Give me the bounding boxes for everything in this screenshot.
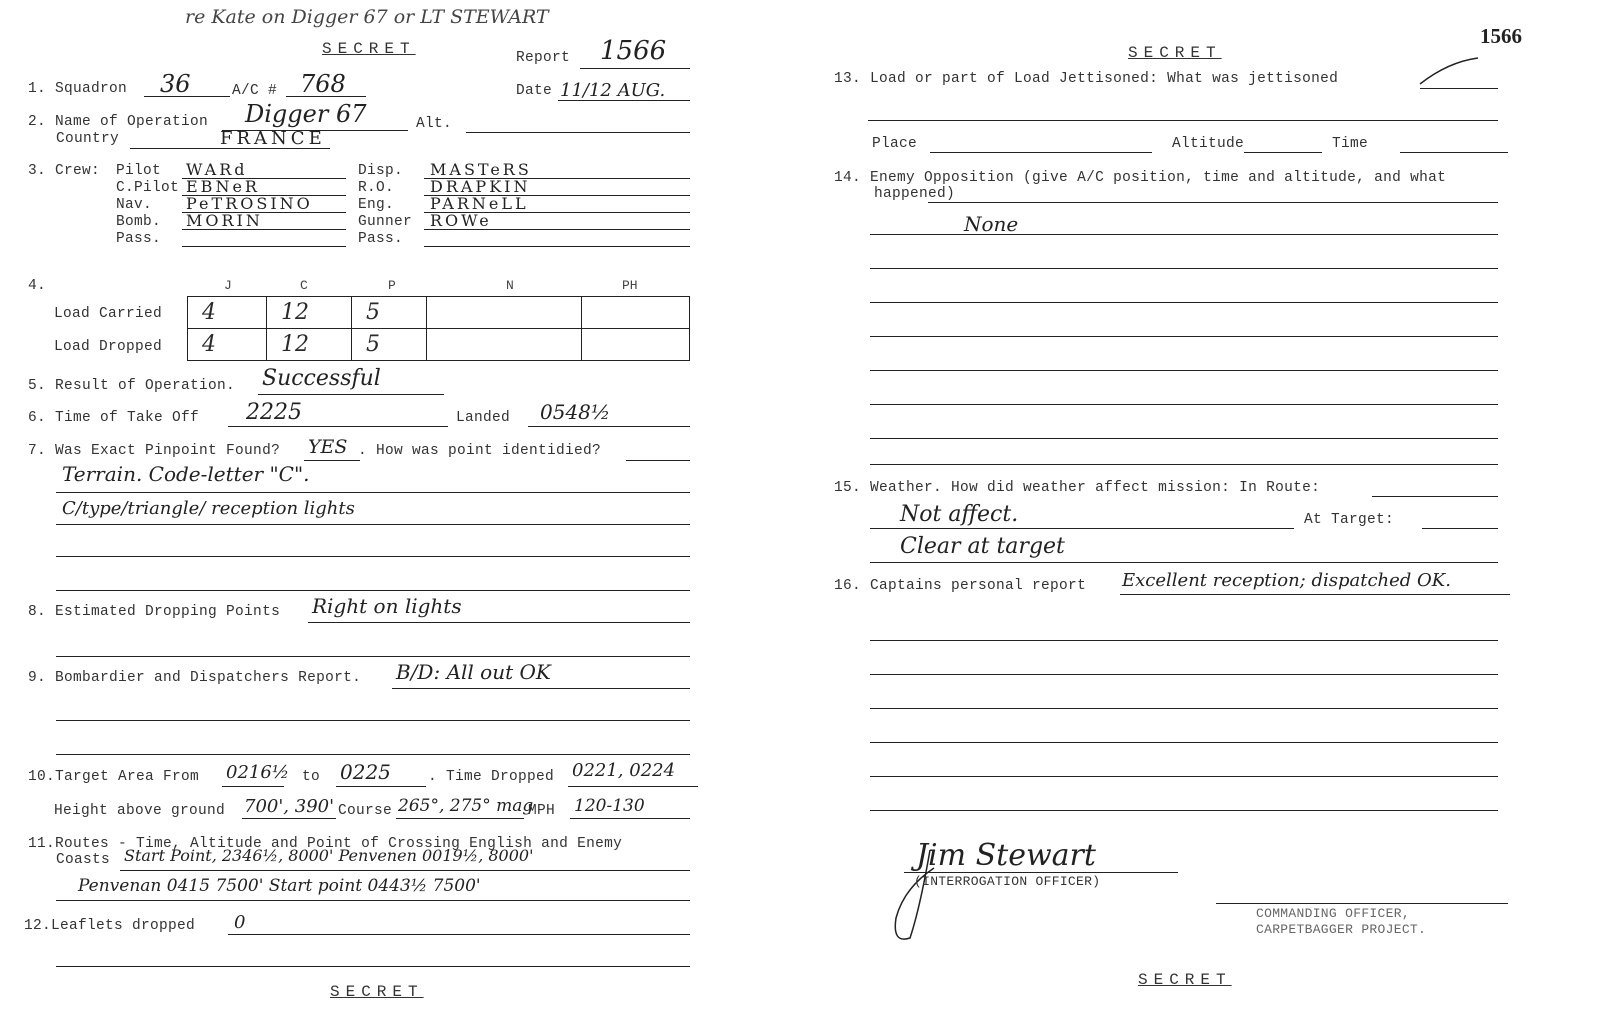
q6-label: 6. Time of Take Off — [28, 410, 199, 426]
captains-report-value: Excellent reception; dispatched OK. — [1122, 570, 1451, 591]
time-label: Time — [1332, 136, 1368, 152]
operation-value: Digger 67 — [245, 100, 367, 128]
load-carried-label: Load Carried — [54, 306, 162, 322]
report-label: Report — [516, 50, 570, 66]
q12-label: 12.Leaflets dropped — [24, 918, 195, 934]
handwritten-annotation: re Kate on Digger 67 or LT STEWART — [185, 6, 549, 28]
at-target-label: At Target: — [1304, 512, 1394, 528]
routes-line-2: Penvenan 0415 7500' Start point 0443½ 75… — [78, 876, 481, 896]
secret-footer: SECRET — [330, 983, 424, 1001]
target-to-value: 0225 — [340, 760, 391, 784]
identified-line-1: Terrain. Code-letter "C". — [62, 462, 310, 486]
pinpoint-found-value: YES — [308, 436, 347, 458]
load-column-header: N — [506, 278, 514, 293]
date-value: 11/12 AUG. — [560, 80, 665, 101]
q8-label: 8. Estimated Dropping Points — [28, 604, 280, 620]
q15-label: 15. Weather. How did weather affect miss… — [834, 480, 1320, 496]
secret-footer: SECRET — [1138, 971, 1232, 989]
crew-role-label: R.O. — [358, 180, 394, 196]
secret-header: SECRET — [1128, 44, 1222, 62]
q11-label-coasts: Coasts — [56, 852, 110, 868]
load-column-header: PH — [622, 278, 638, 293]
crew-role-label: C.Pilot — [116, 180, 179, 196]
crew-role-label: Pilot — [116, 163, 161, 179]
carpetbagger-project-label: CARPETBAGGER PROJECT. — [1256, 922, 1426, 937]
mph-value: 120-130 — [574, 796, 645, 816]
signature: Jim Stewart — [916, 838, 1096, 873]
place-label: Place — [872, 136, 917, 152]
time-dropped-label: . Time Dropped — [428, 769, 554, 785]
q1-label: 1. Squadron — [28, 81, 127, 97]
crew-name: MORIN — [186, 211, 263, 230]
how-identified-label: . How was point identidied? — [358, 443, 601, 459]
q9-label: 9. Bombardier and Dispatchers Report. — [28, 670, 361, 686]
altitude-label: Altitude — [1172, 136, 1244, 152]
q2-label: 2. Name of Operation — [28, 114, 208, 130]
leaflets-value: 0 — [234, 912, 245, 933]
identified-line-2: C/type/triangle/ reception lights — [62, 498, 355, 519]
course-value: 265°, 275° mag — [398, 796, 533, 816]
dispatchers-report-value: B/D: All out OK — [396, 660, 551, 684]
q7-label: 7. Was Exact Pinpoint Found? — [28, 443, 280, 459]
alt-label: Alt. — [416, 116, 452, 132]
ac-label: A/C # — [232, 83, 277, 99]
q10-label: 10.Target Area From — [28, 769, 199, 785]
q14-label: 14. Enemy Opposition (give A/C position,… — [834, 170, 1446, 186]
load-dropped-label: Load Dropped — [54, 339, 162, 355]
q4-label: 4. — [28, 278, 46, 294]
q3-label: 3. Crew: — [28, 163, 100, 179]
report-page-2: 1566 SECRET 13. Load or part of Load Jet… — [820, 0, 1600, 1026]
squadron-value: 36 — [160, 70, 191, 98]
date-label: Date — [516, 83, 552, 99]
load-table: 4 12 5 4 12 5 — [187, 296, 690, 361]
page-number-stamp: 1566 — [1480, 24, 1522, 49]
weather-route-value: Not affect. — [900, 502, 1018, 527]
enemy-opposition-value: None — [964, 212, 1018, 236]
takeoff-value: 2225 — [246, 400, 302, 425]
secret-header: SECRET — [322, 40, 416, 58]
result-value: Successful — [262, 366, 381, 391]
crew-role-label: Eng. — [358, 197, 394, 213]
crew-role-label: Gunner — [358, 214, 412, 230]
landed-value: 0548½ — [540, 400, 610, 424]
course-label: Course — [338, 803, 392, 819]
time-dropped-value: 0221, 0224 — [572, 760, 675, 781]
report-number: 1566 — [600, 36, 666, 66]
crew-role-label: Bomb. — [116, 214, 161, 230]
dash-mark-icon — [1418, 56, 1498, 88]
load-column-header: P — [388, 278, 396, 293]
q13-label: 13. Load or part of Load Jettisoned: Wha… — [834, 71, 1338, 87]
load-column-header: J — [224, 278, 232, 293]
load-column-header: C — [300, 278, 308, 293]
report-page-1: re Kate on Digger 67 or LT STEWART SECRE… — [0, 0, 760, 1026]
table-row: 4 12 5 — [188, 297, 690, 329]
height-value: 700', 390' — [244, 796, 334, 817]
country-value: FRANCE — [220, 128, 326, 149]
crew-role-label: Nav. — [116, 197, 152, 213]
landed-label: Landed — [456, 410, 510, 426]
crew-role-label: Disp. — [358, 163, 403, 179]
q14-label-2: happened) — [874, 186, 955, 202]
commanding-officer-label: COMMANDING OFFICER, — [1256, 906, 1410, 921]
target-to-label: to — [302, 769, 320, 785]
crew-name: ROWe — [430, 211, 492, 230]
q5-label: 5. Result of Operation. — [28, 378, 235, 394]
interrogation-officer-label: (INTERROGATION OFFICER) — [914, 874, 1100, 889]
country-label: Country — [56, 131, 119, 147]
mph-label: MPH — [528, 803, 555, 819]
signature-flourish-icon — [890, 848, 940, 944]
crew-role-label: Pass. — [116, 231, 161, 247]
target-from-value: 0216½ — [226, 762, 289, 783]
crew-role-label: Pass. — [358, 231, 403, 247]
height-label: Height above ground — [54, 803, 225, 819]
ac-value: 768 — [300, 70, 346, 98]
weather-target-value: Clear at target — [900, 534, 1065, 559]
table-row: 4 12 5 — [188, 329, 690, 361]
q16-label: 16. Captains personal report — [834, 578, 1086, 594]
dropping-points-value: Right on lights — [312, 594, 462, 618]
routes-line-1: Start Point, 2346½, 8000' Penvenen 0019½… — [124, 846, 533, 865]
